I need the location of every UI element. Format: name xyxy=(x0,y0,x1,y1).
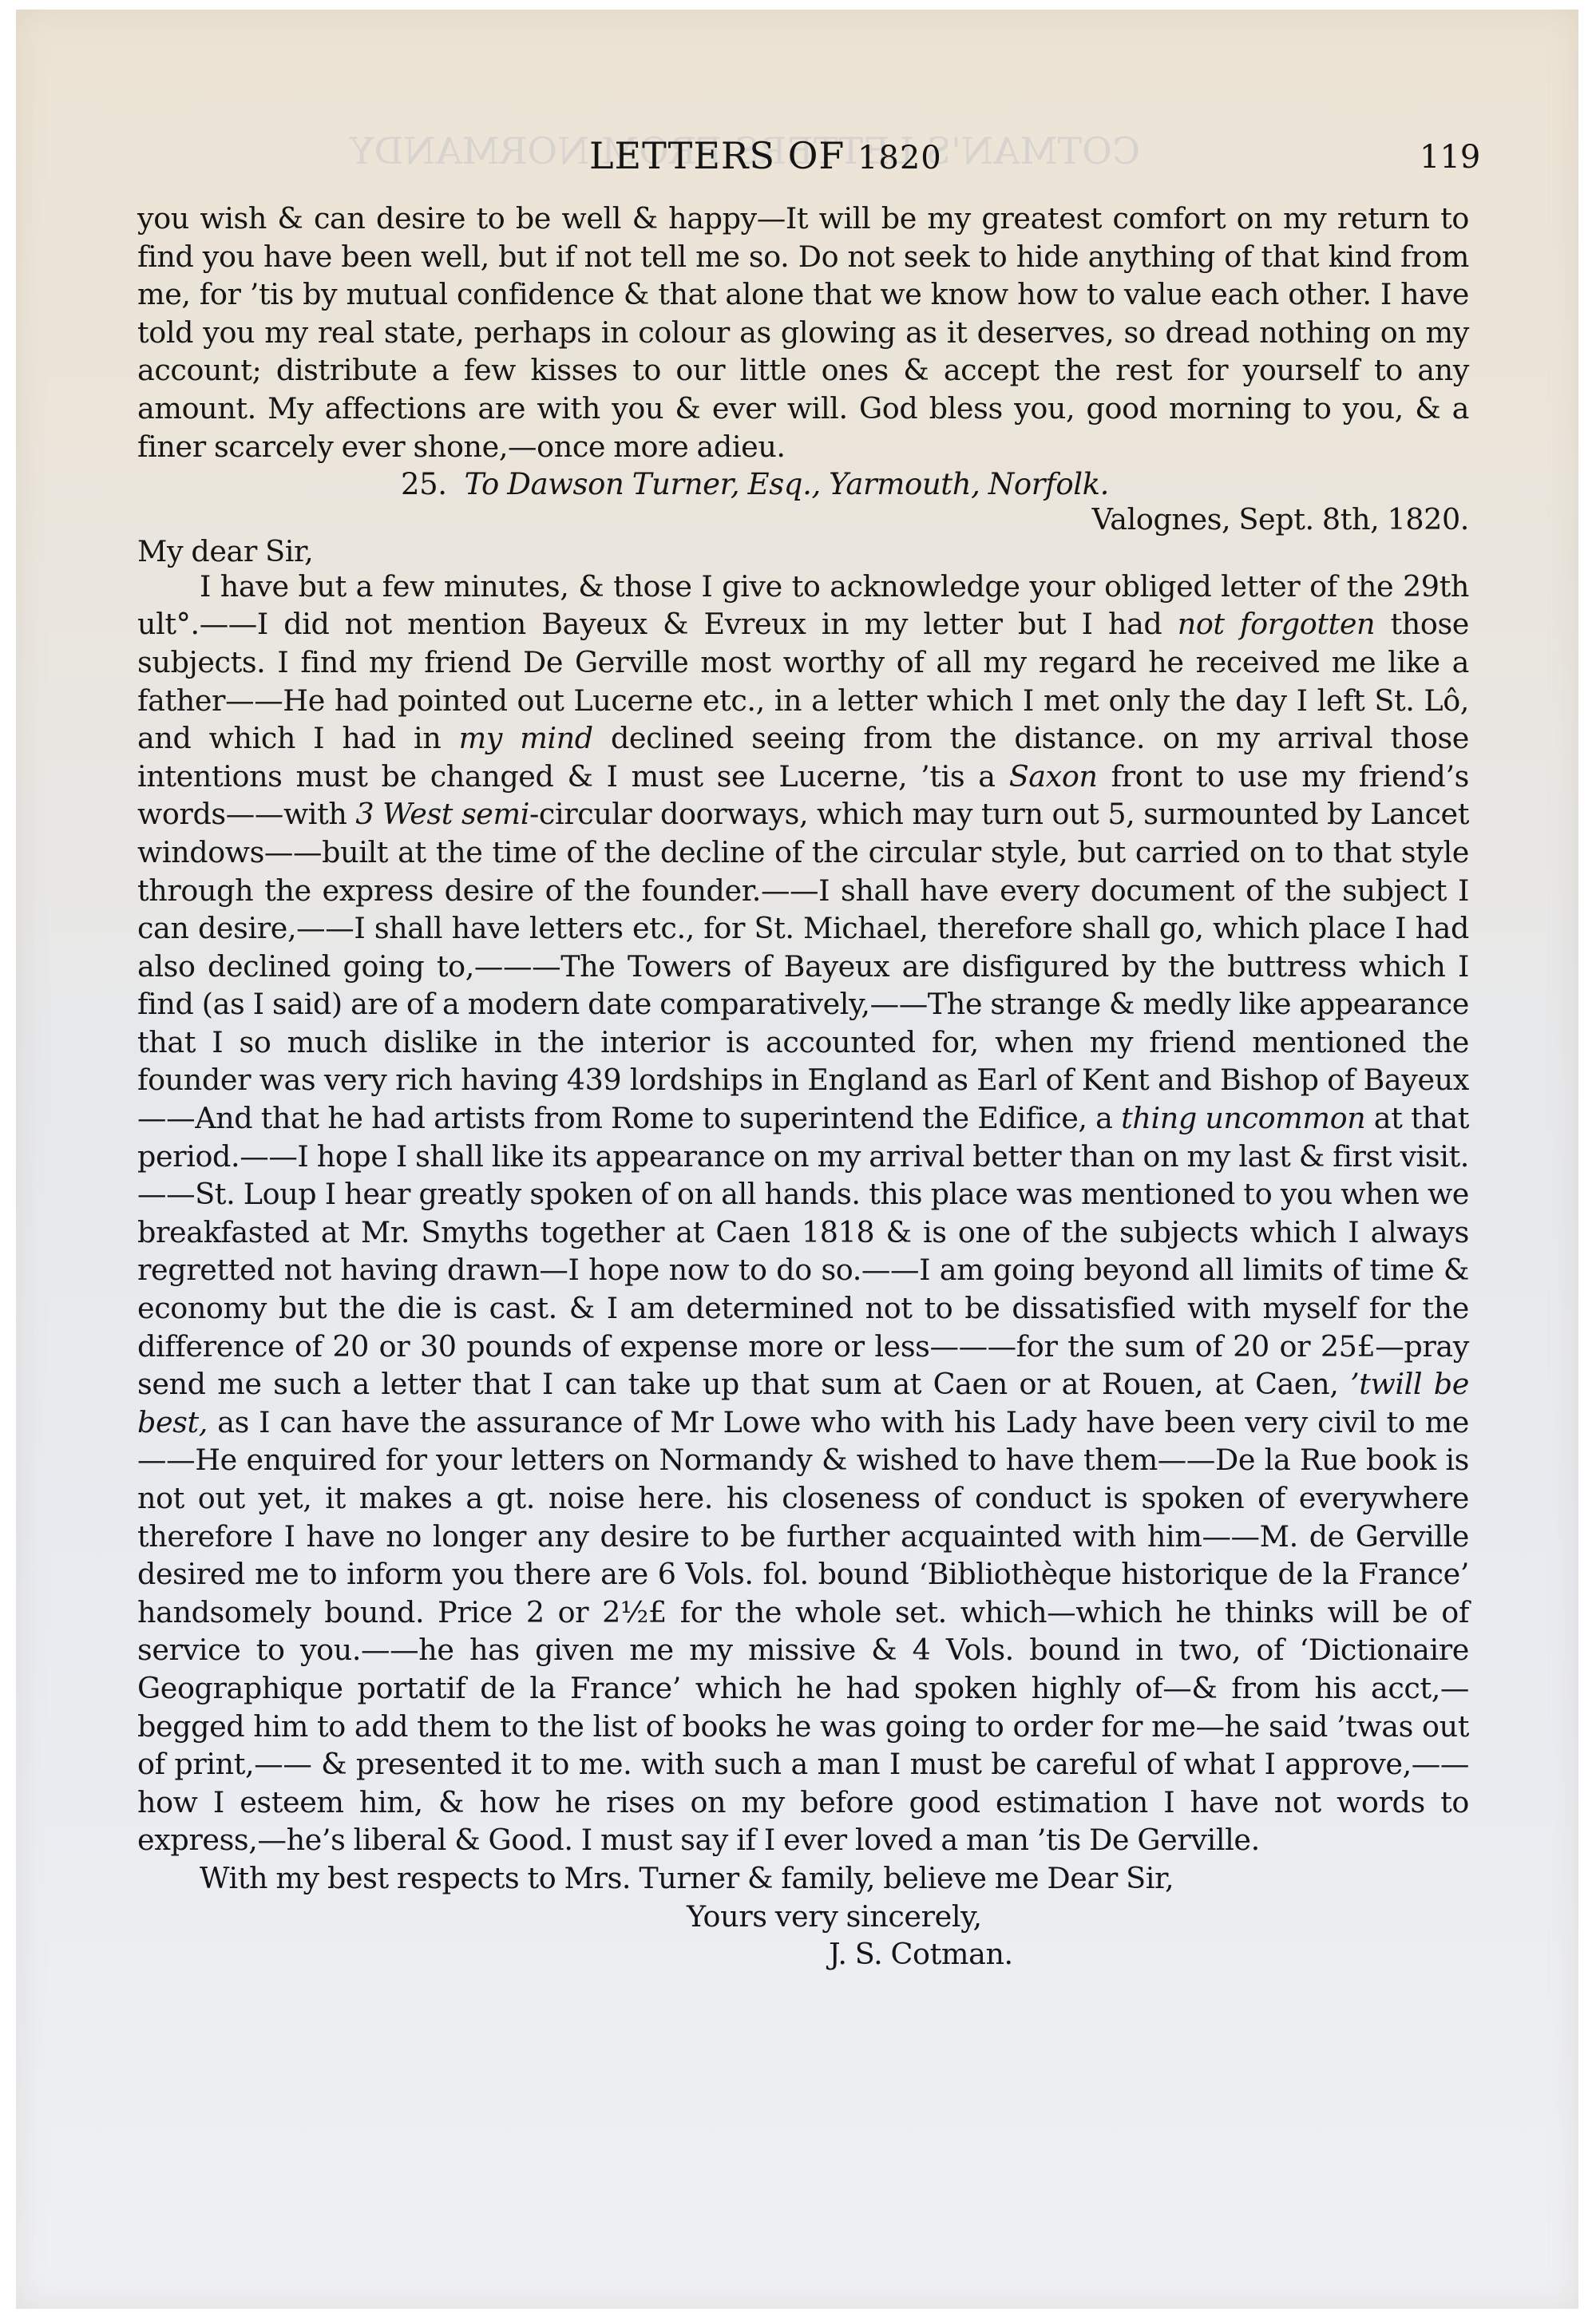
body-text-run: -circular doorways, which may turn out 5… xyxy=(137,797,1469,1135)
body-italic-run: my mind xyxy=(459,721,593,755)
letter-addressee: To Dawson Turner, Esq., Yarmouth, Norfol… xyxy=(465,467,1109,501)
running-head: LETTERS OF 1820 119 xyxy=(16,128,1578,176)
body-italic-run: thing uncommon xyxy=(1121,1101,1365,1135)
letter-number: 25. xyxy=(401,467,447,501)
body-italic-run: not forgotten xyxy=(1178,607,1375,641)
complimentary-close: Yours very sincerely, xyxy=(137,1898,1469,1936)
closing-paragraph: With my best respects to Mrs. Turner & f… xyxy=(137,1859,1469,1898)
body-text-run: at that period.——I hope I shall like its… xyxy=(137,1101,1469,1401)
body-italic-run: Saxon xyxy=(1009,759,1098,794)
continued-paragraph: you wish & can desire to be well & happy… xyxy=(137,200,1469,465)
running-title-year: 1820 xyxy=(857,140,942,176)
letter-heading: 25.To Dawson Turner, Esq., Yarmouth, Nor… xyxy=(137,465,1469,504)
running-title-text: LETTERS OF xyxy=(589,134,845,177)
page-body: you wish & can desire to be well & happy… xyxy=(137,200,1469,1974)
running-title: LETTERS OF 1820 xyxy=(589,134,942,177)
signature: J. S. Cotman. xyxy=(137,1935,1469,1974)
book-page: COTMAN'S LETTERS FROM NORMANDY LETTERS O… xyxy=(16,10,1578,2309)
letter-body-paragraph: I have but a few minutes, & those I give… xyxy=(137,568,1469,1859)
body-text-run: as I can have the assurance of Mr Lowe w… xyxy=(137,1405,1469,1858)
letter-dateline: Valognes, Sept. 8th, 1820. xyxy=(137,504,1469,536)
letter-salutation: My dear Sir, xyxy=(137,536,1469,568)
body-italic-run: 3 West semi xyxy=(355,797,529,831)
page-number: 119 xyxy=(1420,139,1480,176)
